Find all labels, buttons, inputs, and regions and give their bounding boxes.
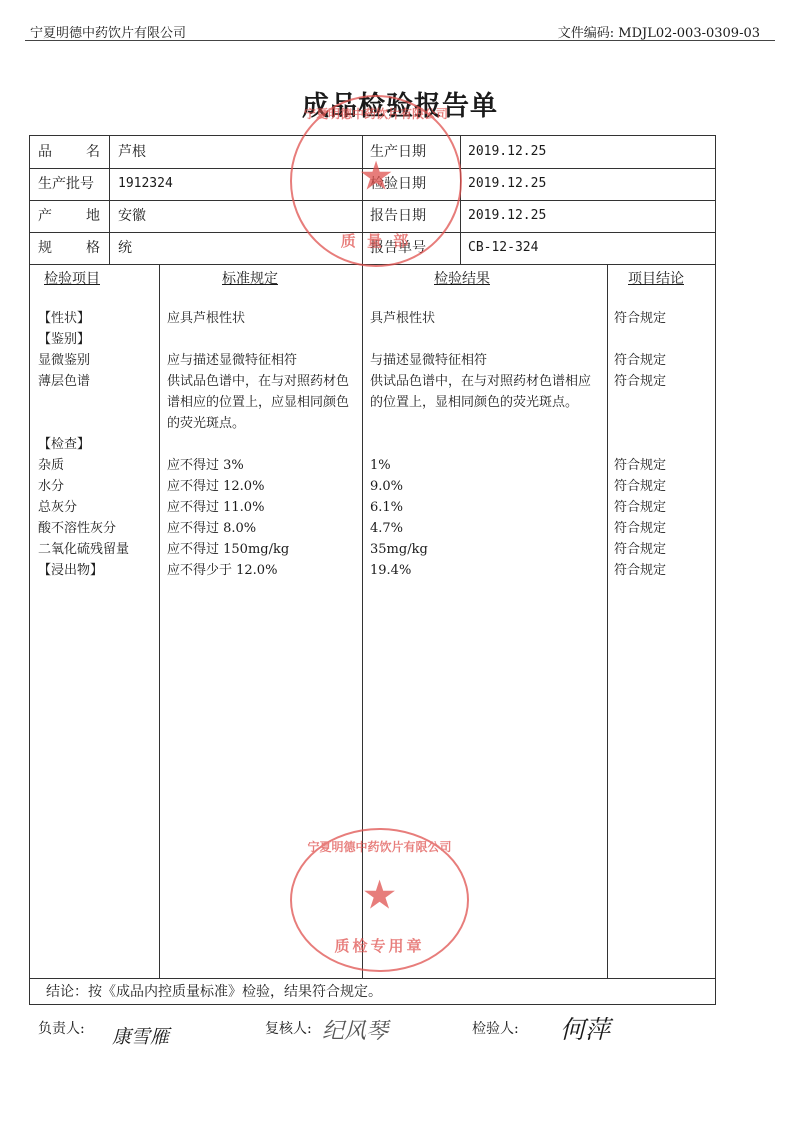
overall-conclusion: 结论：按《成品内控质量标准》检验，结果符合规定。 <box>30 978 715 1005</box>
cell-standard: 应不得少于 12.0% <box>167 560 357 581</box>
label-origin: 产地 <box>38 200 100 232</box>
value-production-date: 2019.12.25 <box>468 136 546 168</box>
star-icon: ★ <box>362 872 398 918</box>
document-number: 文件编码: MDJL02-003-0309-03 <box>558 22 760 41</box>
value-product-name: 芦根 <box>118 136 146 168</box>
quality-department-stamp: 宁夏明德中药饮片有限公司 ★ 质 量 部 <box>290 95 462 267</box>
page-header: 宁夏明德中药饮片有限公司 文件编码: MDJL02-003-0309-03 <box>0 0 800 40</box>
cell-result: 19.4% <box>370 560 602 581</box>
cell-item: 【鉴别】 <box>38 329 156 350</box>
cell-standard: 应不得过 12.0% <box>167 476 357 497</box>
cell-item: 酸不溶性灰分 <box>38 518 156 539</box>
cell-standard: 应与描述显微特征相符 <box>167 350 357 371</box>
responsible-label: 负责人: <box>38 1018 85 1038</box>
cell-standard: 应不得过 11.0% <box>167 497 357 518</box>
cell-conclusion: 符合规定 <box>614 350 709 371</box>
label-product-name: 品名 <box>38 136 100 168</box>
stamp-ring-text: 宁夏明德中药饮片有限公司 <box>292 838 467 855</box>
cell-result: 与描述显微特征相符 <box>370 350 602 371</box>
cell-result: 供试品色谱中，在与对照药材色谱相应的位置上，显相同颜色的荧光斑点。 <box>370 371 602 413</box>
value-report-date: 2019.12.25 <box>468 200 546 232</box>
company-name: 宁夏明德中药饮片有限公司 <box>30 22 186 41</box>
value-report-number: CB-12-324 <box>468 232 538 264</box>
column-header-standard: 标准规定 <box>222 268 278 288</box>
cell-standard: 应不得过 3% <box>167 455 357 476</box>
cell-result: 1% <box>370 455 602 476</box>
stamp-bottom-text: 质 量 部 <box>292 230 460 251</box>
cell-conclusion: 符合规定 <box>614 539 709 560</box>
quality-inspection-stamp: 宁夏明德中药饮片有限公司 ★ 质检专用章 <box>290 828 469 972</box>
cell-item: 杂质 <box>38 455 156 476</box>
cell-conclusion: 符合规定 <box>614 371 709 392</box>
reviewer-signature: 纪风琴 <box>322 1014 388 1045</box>
cell-item: 【检查】 <box>38 434 156 455</box>
cell-standard: 应具芦根性状 <box>167 308 357 329</box>
divider <box>159 264 160 978</box>
cell-conclusion: 符合规定 <box>614 455 709 476</box>
cell-result: 4.7% <box>370 518 602 539</box>
value-batch-number: 1912324 <box>118 168 173 200</box>
cell-result: 具芦根性状 <box>370 308 602 329</box>
cell-conclusion: 符合规定 <box>614 497 709 518</box>
cell-result: 35mg/kg <box>370 539 602 560</box>
cell-item: 【性状】 <box>38 308 156 329</box>
inspector-signature: 何萍 <box>560 1010 610 1046</box>
cell-conclusion: 符合规定 <box>614 308 709 329</box>
stamp-ring-text: 宁夏明德中药饮片有限公司 <box>292 105 460 122</box>
cell-item: 显微鉴别 <box>38 350 156 371</box>
label-spec: 规格 <box>38 232 100 264</box>
cell-conclusion: 符合规定 <box>614 518 709 539</box>
cell-standard: 应不得过 150mg/kg <box>167 539 357 560</box>
value-inspection-date: 2019.12.25 <box>468 168 546 200</box>
cell-item: 薄层色谱 <box>38 371 156 392</box>
stamp-bottom-text: 质检专用章 <box>292 935 467 956</box>
conclusion-text: 结论：按《成品内控质量标准》检验，结果符合规定。 <box>46 984 382 1000</box>
star-icon: ★ <box>358 153 394 199</box>
cell-item: 水分 <box>38 476 156 497</box>
value-spec: 统 <box>118 232 132 264</box>
value-origin: 安徽 <box>118 200 146 232</box>
cell-standard: 供试品色谱中，在与对照药材色谱相应的位置上，应显相同颜色的荧光斑点。 <box>167 371 357 434</box>
column-header-conclusion: 项目结论 <box>628 268 684 288</box>
cell-conclusion: 符合规定 <box>614 560 709 581</box>
column-header-result: 检验结果 <box>434 268 490 288</box>
cell-result: 6.1% <box>370 497 602 518</box>
responsible-signature: 康雪雁 <box>112 1022 169 1049</box>
column-header-item: 检验项目 <box>44 268 100 288</box>
label-batch-number: 生产批号 <box>38 168 108 200</box>
cell-conclusion: 符合规定 <box>614 476 709 497</box>
divider <box>607 264 608 978</box>
cell-item: 二氧化硫残留量 <box>38 539 156 560</box>
header-rule <box>25 40 775 41</box>
cell-item: 【浸出物】 <box>38 560 156 581</box>
cell-result: 9.0% <box>370 476 602 497</box>
cell-standard: 应不得过 8.0% <box>167 518 357 539</box>
reviewer-label: 复核人: <box>265 1018 312 1038</box>
cell-item: 总灰分 <box>38 497 156 518</box>
inspector-label: 检验人: <box>472 1018 519 1038</box>
